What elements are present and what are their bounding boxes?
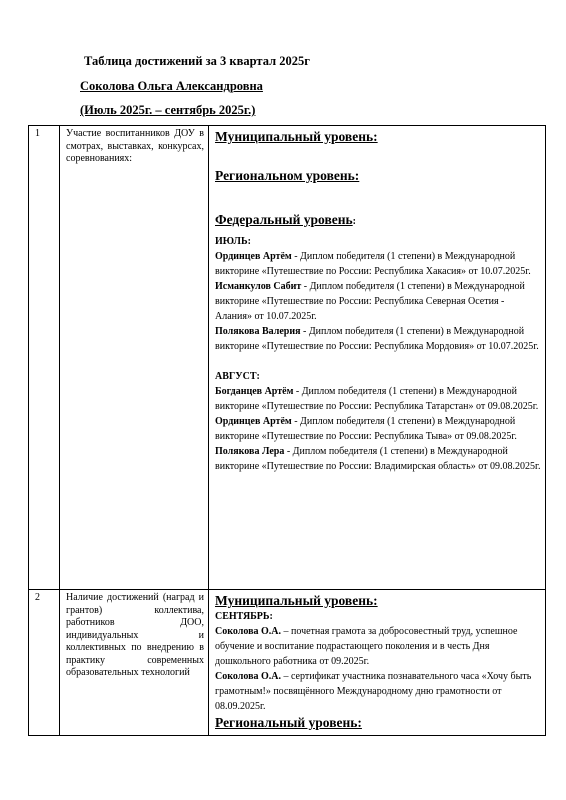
participant-name: Ординцев Артём [215, 416, 292, 427]
achievements-table: 1 Участие воспитанников ДОУ в смотрах, в… [28, 125, 546, 736]
achievement-entry: Полякова Валерия - Диплом победителя (1 … [215, 324, 541, 354]
achievement-entry: Ординцев Артём - Диплом победителя (1 ст… [215, 249, 541, 279]
participant-name: Богданцев Артём [215, 386, 293, 397]
regional-level-heading: Региональный уровень: [215, 714, 541, 731]
achievement-entry: Исманкулов Сабит - Диплом победителя (1 … [215, 279, 541, 324]
month-group-august: АВГУСТ: Богданцев Артём - Диплом победит… [215, 369, 541, 474]
achievement-entry: Соколова О.А. – сертификат участника поз… [215, 669, 541, 714]
month-group-july: ИЮЛЬ: Ординцев Артём - Диплом победителя… [215, 234, 541, 354]
participant-name: Соколова О.А. [215, 671, 281, 682]
report-period: (Июль 2025г. – сентябрь 2025г.) [80, 103, 255, 118]
month-label: АВГУСТ: [215, 369, 541, 384]
federal-level-heading: Федеральный уровень: [215, 211, 541, 230]
municipal-level-heading: Муниципальный уровень: [215, 128, 541, 145]
document-title: Таблица достижений за 3 квартал 2025г [84, 54, 310, 69]
table-row: 2 Наличие достижений (наград и грантов) … [29, 590, 546, 736]
achievements-cell: Муниципальный уровень: СЕНТЯБРЬ: Соколов… [209, 590, 546, 736]
employee-name: Соколова Ольга Александровна [80, 79, 263, 94]
criterion-cell: Участие воспитанников ДОУ в смотрах, выс… [60, 126, 209, 590]
participant-name: Соколова О.А. [215, 626, 281, 637]
criterion-cell: Наличие достижений (наград и грантов) ко… [60, 590, 209, 736]
row-number: 2 [29, 590, 60, 736]
month-label: СЕНТЯБРЬ: [215, 609, 541, 624]
achievement-entry: Ординцев Артём - Диплом победителя (1 ст… [215, 414, 541, 444]
month-label: ИЮЛЬ: [215, 234, 541, 249]
participant-name: Полякова Лера [215, 446, 284, 457]
entries-list: Соколова О.А. – почетная грамота за добр… [215, 624, 541, 714]
achievement-entry: Соколова О.А. – почетная грамота за добр… [215, 624, 541, 669]
participant-name: Полякова Валерия [215, 326, 301, 337]
row-number: 1 [29, 126, 60, 590]
participant-name: Ординцев Артём [215, 251, 292, 262]
achievement-entry: Полякова Лера - Диплом победителя (1 сте… [215, 444, 541, 474]
table-row: 1 Участие воспитанников ДОУ в смотрах, в… [29, 126, 546, 590]
participant-name: Исманкулов Сабит [215, 281, 301, 292]
municipal-level-heading: Муниципальный уровень: [215, 592, 541, 609]
achievement-entry: Богданцев Артём - Диплом победителя (1 с… [215, 384, 541, 414]
achievements-cell: Муниципальный уровень: Региональном уров… [209, 126, 546, 590]
regional-level-heading: Региональном уровень: [215, 167, 541, 184]
